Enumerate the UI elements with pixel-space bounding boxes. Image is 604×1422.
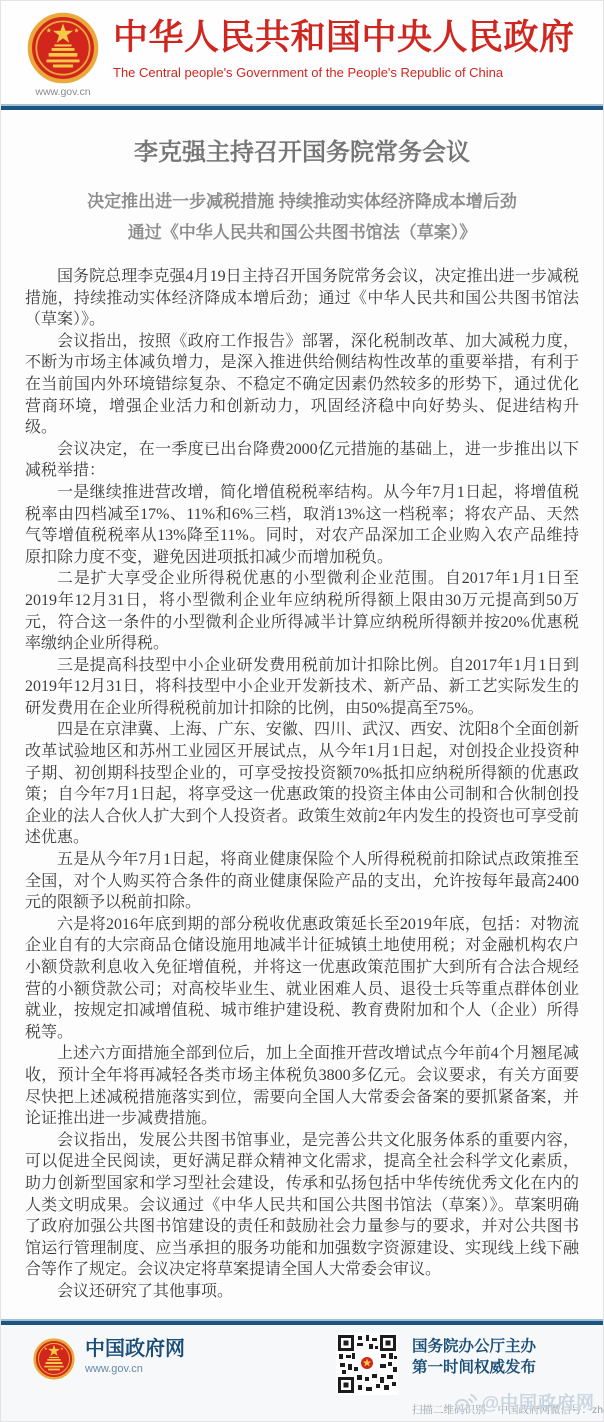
paragraph: 四是在京津冀、上海、广东、安徽、四川、武汉、西安、沈阳8个全面创新改革试验地区和… bbox=[25, 719, 579, 849]
site-title: 中华人民共和国中央人民政府 bbox=[113, 17, 593, 59]
watermark-text: @中国政府网 bbox=[481, 1389, 595, 1415]
paragraph: 五是从今年7月1日起，将商业健康保险个人所得税税前扣除试点政策推至全国，对个人购… bbox=[25, 849, 579, 914]
paragraph: 上述六方面措施全部到位后，加上全面推开营改增试点今年前4个月翘尾减收，预计全年将… bbox=[25, 1043, 579, 1129]
page: www.gov.cn 中华人民共和国中央人民政府 The Central peo… bbox=[0, 0, 604, 1422]
paragraph: 六是将2016年底到期的部分税收优惠政策延长至2019年底，包括：对物流企业自有… bbox=[25, 914, 579, 1044]
article-subtitles: 决定推出进一步减税措施 持续推动实体经济降成本增后劲 通过《中华人民共和国公共图… bbox=[25, 186, 579, 248]
qr-code-icon bbox=[336, 1333, 398, 1395]
weibo-icon bbox=[454, 1392, 478, 1412]
national-emblem-icon bbox=[33, 1337, 75, 1381]
site-logo[interactable]: www.gov.cn bbox=[25, 11, 101, 98]
paragraph: 会议指出，发展公共图书馆事业，是完善公共文化服务体系的重要内容，可以促进全民阅读… bbox=[25, 1130, 579, 1281]
site-footer: 中国政府网 www.gov.cn bbox=[1, 1325, 603, 1421]
article: 李克强主持召开国务院常务会议 决定推出进一步减税措施 持续推动实体经济降成本增后… bbox=[1, 110, 603, 1319]
paragraph: 三是提高科技型中小企业研发费用税前加计扣除比例。自2017年1月1日到2019年… bbox=[25, 655, 579, 720]
paragraph: 会议还研究了其他事项。 bbox=[25, 1281, 579, 1303]
footer-site-url: www.gov.cn bbox=[85, 1363, 185, 1375]
qr-caption-line2: 第一时间权威发布 bbox=[412, 1357, 536, 1378]
national-emblem-icon bbox=[27, 11, 99, 85]
site-header: www.gov.cn 中华人民共和国中央人民政府 The Central peo… bbox=[1, 1, 603, 104]
article-body: 国务院总理李克强4月19日主持召开国务院常务会议，决定推出进一步减税措施，持续推… bbox=[25, 266, 579, 1303]
article-subtitle-1: 决定推出进一步减税措施 持续推动实体经济降成本增后劲 bbox=[25, 186, 579, 217]
footer-brand-link[interactable]: 中国政府网 www.gov.cn bbox=[33, 1337, 185, 1381]
site-title-en: The Central people's Government of the P… bbox=[113, 65, 593, 80]
article-subtitle-2: 通过《中华人民共和国公共图书馆法（草案）》 bbox=[25, 217, 579, 248]
paragraph: 一是继续推进营改增，简化增值税税率结构。从今年7月1日起，将增值税税率由四档减至… bbox=[25, 482, 579, 568]
article-title: 李克强主持召开国务院常务会议 bbox=[25, 110, 579, 168]
weibo-watermark: @中国政府网 bbox=[454, 1389, 595, 1415]
paragraph: 会议决定，在一季度已出台降费2000亿元措施的基础上，进一步推出以下减税举措： bbox=[25, 439, 579, 482]
qr-code bbox=[336, 1333, 398, 1395]
paragraph: 国务院总理李克强4月19日主持召开国务院常务会议，决定推出进一步减税措施，持续推… bbox=[25, 266, 579, 331]
paragraph: 会议指出，按照《政府工作报告》部署，深化税制改革、加大减税力度，不断为市场主体减… bbox=[25, 331, 579, 439]
footer-site-name: 中国政府网 bbox=[85, 1337, 185, 1361]
qr-caption-line1: 国务院办公厅主办 bbox=[412, 1336, 536, 1357]
paragraph: 二是扩大享受企业所得税优惠的小型微利企业范围。自2017年1月1日至2019年1… bbox=[25, 568, 579, 654]
logo-url: www.gov.cn bbox=[25, 86, 101, 98]
